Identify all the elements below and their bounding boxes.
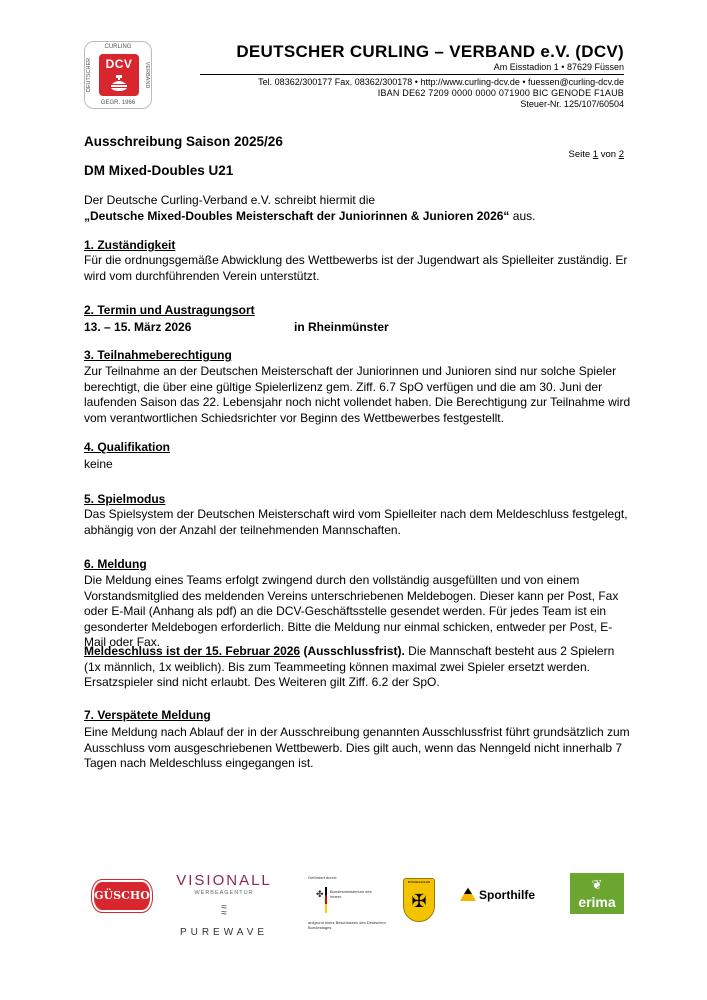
logo-right-text: VERBAND (144, 55, 150, 95)
org-name: DEUTSCHER CURLING – VERBAND e.V. (DCV) (200, 42, 624, 62)
german-flag-bar (325, 887, 327, 913)
logo-red-block: DCV (99, 54, 139, 96)
intro-paragraph: Der Deutsche Curling-Verband e.V. schrei… (84, 193, 634, 224)
org-contact: Tel. 08362/300177 Fax. 08362/300178 • ht… (178, 77, 624, 87)
erima-wings-icon: ❦ (570, 878, 624, 891)
section-heading-2: 2. Termin und Austragungsort (84, 303, 255, 317)
section-heading-1: 1. Zuständigkeit (84, 238, 175, 252)
org-bank: IBAN DE62 7209 0000 0000 071900 BIC GENO… (178, 88, 624, 98)
org-address: Am Eisstadion 1 • 87629 Füssen (200, 62, 624, 72)
logo-top-text: CURLING (85, 44, 151, 50)
section-heading-5: 5. Spielmodus (84, 492, 165, 506)
page-current: 1 (593, 149, 598, 160)
header-divider (200, 74, 624, 75)
section-heading-3: 3. Teilnahmeberechtigung (84, 348, 232, 362)
section-text-1: Für die ordnungsgemäße Abwicklung des We… (84, 253, 634, 284)
logo-bottom-text: GEGR. 1966 (85, 100, 151, 106)
logo-abbr: DCV (99, 57, 139, 71)
org-tax-id: Steuer-Nr. 125/107/60504 (178, 99, 624, 109)
event-location: in Rheinmünster (294, 320, 389, 334)
visionall-subtitle: WERBEAGENTUR (176, 890, 272, 896)
championship-name: „Deutsche Mixed-Doubles Meisterschaft de… (84, 209, 509, 223)
page-total: 2 (619, 149, 624, 160)
logo-left-text: DEUTSCHER (86, 55, 92, 95)
section-text-5: Das Spielsystem der Deutschen Meistersch… (84, 507, 634, 538)
dcv-logo: CURLING DEUTSCHER VERBAND DCV GEGR. 1966 (84, 41, 152, 109)
eagle-icon: ✤ (316, 889, 324, 900)
event-date: 13. – 15. März 2026 (84, 320, 191, 334)
eagle-icon: ✠ (409, 888, 429, 914)
document-subtitle: DM Mixed-Doubles U21 (84, 163, 233, 178)
wave-icon: ≈≈ (176, 905, 272, 917)
curling-stone-icon (110, 75, 128, 91)
section-text-3: Zur Teilnahme an der Deutschen Meistersc… (84, 364, 634, 426)
sporthilfe-logo: Sporthilfe (460, 887, 535, 902)
page-indicator: Seite 1 von 2 (540, 149, 624, 160)
bundesadler-badge: BUNDESADLER ✠ (403, 878, 435, 922)
registration-deadline: Meldeschluss ist der 15. Februar 2026 (A… (84, 644, 634, 691)
section-heading-7: 7. Verspätete Meldung (84, 708, 211, 722)
guscho-logo: GÜSCHO (92, 880, 152, 912)
sporthilfe-triangle-icon (460, 887, 476, 901)
purewave-logo: PUREWAVE (172, 927, 276, 938)
document-title: Ausschreibung Saison 2025/26 (84, 134, 283, 149)
section-heading-4: 4. Qualifikation (84, 440, 170, 454)
section-text-4: keine (84, 457, 634, 473)
erima-logo: ❦ erima (570, 873, 624, 914)
section-text-6: Die Meldung eines Teams erfolgt zwingend… (84, 573, 634, 651)
section-heading-6: 6. Meldung (84, 557, 147, 571)
section-text-7: Eine Meldung nach Ablauf der in der Auss… (84, 725, 634, 772)
visionall-logo: VISIONALL (176, 872, 272, 889)
deadline-date: Meldeschluss ist der 15. Februar 2026 (84, 644, 300, 658)
